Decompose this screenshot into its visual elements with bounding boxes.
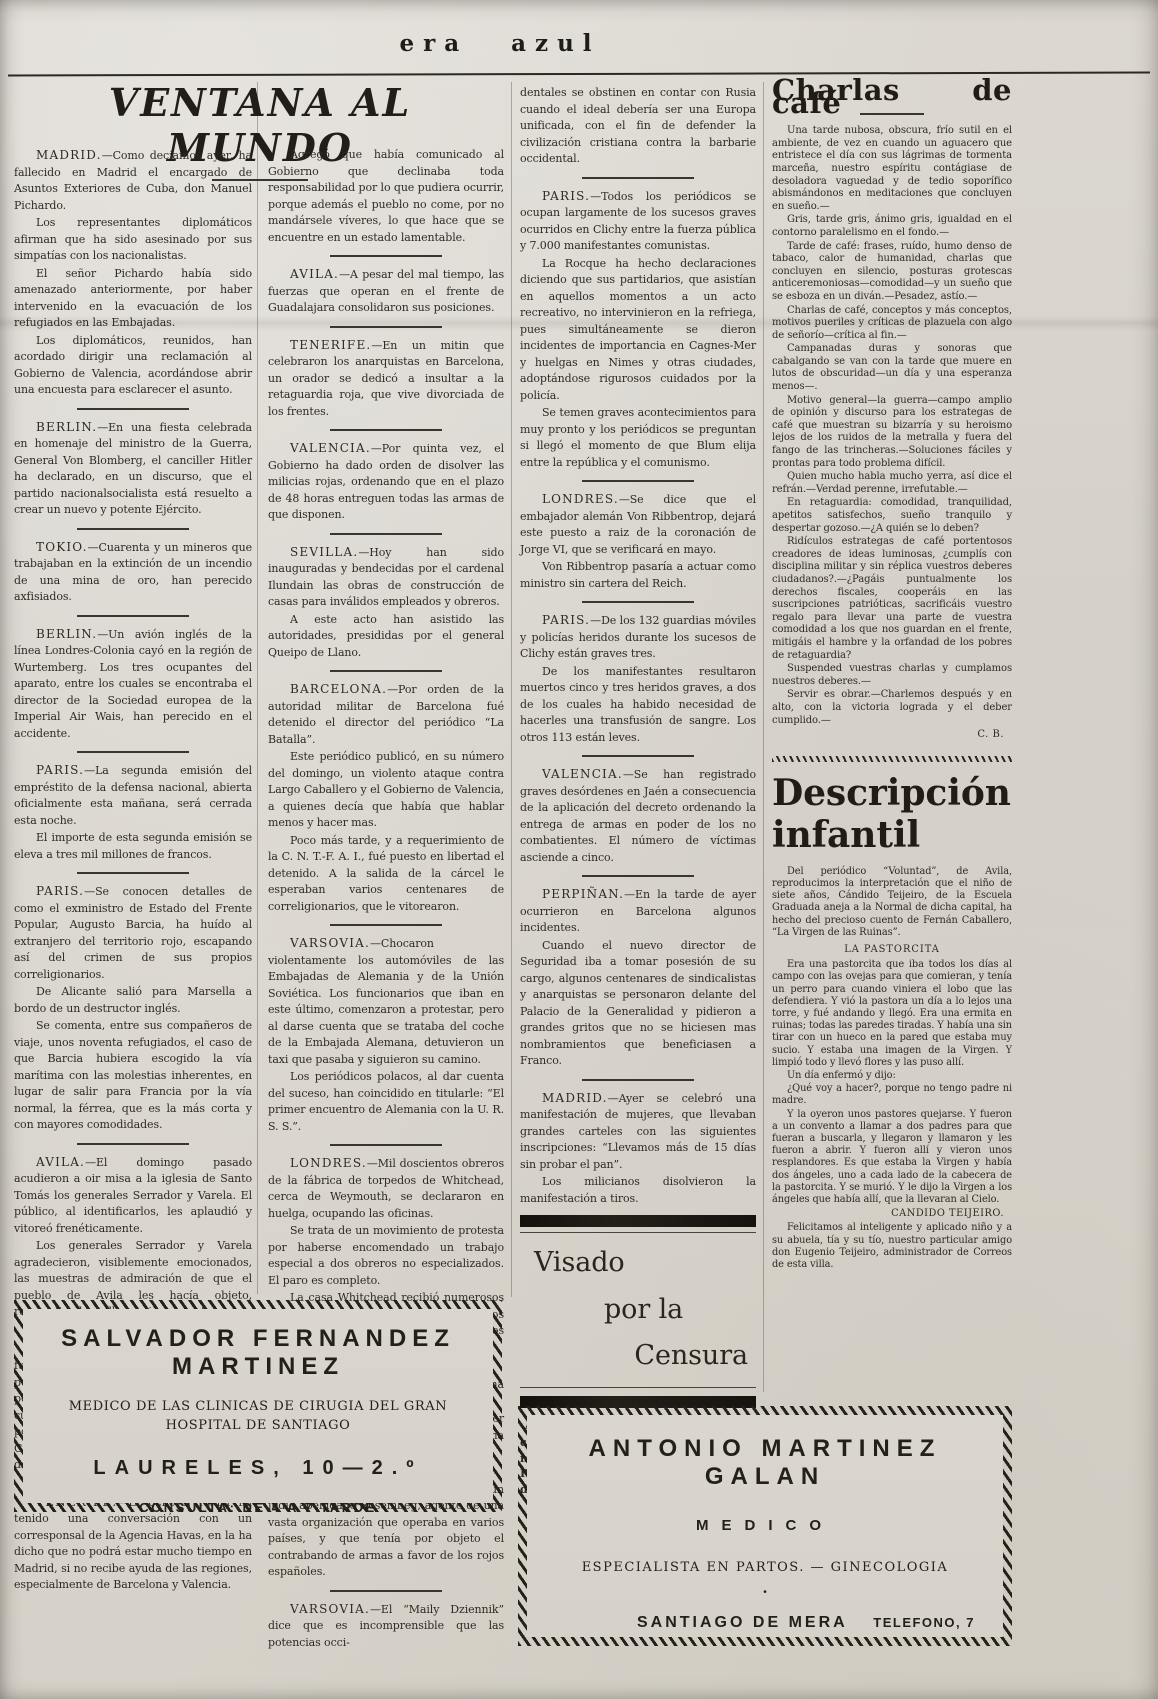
dateline: AVILA. — [36, 1155, 85, 1169]
dateline: VALENCIA. — [290, 441, 371, 455]
news-paragraph: PARIS.—Se conocen detalles de como el ex… — [14, 883, 252, 983]
news-paragraph: La Rocque ha hecho declaraciones diciend… — [520, 256, 756, 405]
news-paragraph: De los manifestantes resultaron muertos … — [520, 664, 756, 747]
news-column-3: dentales se obstinen en contar con Rusia… — [520, 84, 756, 1508]
news-paragraph: Servir es obrar.—Charlemos después y en … — [772, 689, 1012, 727]
news-paragraph: PARIS.—La segunda emisión del empréstito… — [14, 762, 252, 829]
censorship-notice: Visado por la Censura — [520, 1215, 756, 1408]
item-separator — [582, 875, 694, 877]
item-separator — [330, 670, 442, 672]
section-title-descripcion: Descripcióninfantil — [772, 772, 1012, 856]
item-separator — [582, 1079, 694, 1081]
dateline: PERPIÑAN. — [542, 887, 624, 901]
news-paragraph: Quien mucho habla mucho yerra, así dice … — [772, 471, 1012, 496]
news-paragraph: VARSOVIA.—Chocaron violentamente los aut… — [268, 935, 504, 1068]
news-paragraph: Se temen graves acontecimientos para muy… — [520, 405, 756, 471]
news-paragraph: Los diplomáticos, reunidos, han acordado… — [14, 333, 252, 399]
news-paragraph: AVILA.—El domingo pasado acudieron a oir… — [14, 1154, 252, 1238]
charlas-body: Una tarde nubosa, obscura, frío sutil en… — [772, 125, 1012, 742]
section-subheading: LA PASTORCITA — [772, 944, 1012, 956]
news-paragraph: BERLIN.—Un avión inglés de la línea Lond… — [14, 626, 252, 743]
news-paragraph: BERLIN.—En una fiesta celebrada en homen… — [14, 419, 252, 519]
item-separator — [330, 533, 442, 535]
news-paragraph: SEVILLA.—Hoy han sido inauguradas y bend… — [268, 544, 504, 611]
charlas-underline — [860, 113, 924, 115]
dateline: VARSOVIA. — [290, 936, 370, 950]
censor-rule-bottom — [520, 1387, 756, 1388]
descripcion-section: Descripcióninfantil Del periódico “Volun… — [772, 772, 1012, 1272]
news-paragraph: dentales se obstinen en contar con Rusia… — [520, 85, 756, 168]
descripcion-body: Del periódico “Voluntad”, de Avila, repr… — [772, 866, 1012, 1272]
right-column: Charlas de café Una tarde nubosa, obscur… — [772, 84, 1012, 1272]
news-paragraph: Tarde de café: frases, ruído, humo denso… — [772, 241, 1012, 304]
dateline: PARIS. — [36, 763, 84, 777]
dateline: LONDRES. — [290, 1156, 367, 1170]
news-paragraph: VALENCIA.—Por quinta vez, el Gobierno ha… — [268, 440, 504, 524]
news-paragraph: MADRID.—Como decíamos ayer, ha fallecido… — [14, 147, 252, 214]
news-paragraph: Y la oyeron unos pastores quejarse. Y fu… — [772, 1109, 1012, 1207]
news-paragraph: Campanadas duras y sonoras que cabalgand… — [772, 343, 1012, 393]
ad-right-location: SANTIAGO DE MERA — [637, 1614, 848, 1632]
news-paragraph: ¿Qué voy a hacer?, porque no tengo padre… — [772, 1083, 1012, 1107]
item-separator — [77, 528, 189, 530]
news-paragraph: De Alicante salió para Marsella a bordo … — [14, 984, 252, 1017]
news-paragraph: Un día enfermó y dijo: — [772, 1070, 1012, 1082]
news-paragraph: PERPIÑAN.—En la tarde de ayer ocurrieron… — [520, 886, 756, 937]
dateline: AVILA. — [290, 267, 339, 281]
dateline: LONDRES. — [542, 492, 619, 506]
news-paragraph: Era una pastorcita que iba todos los día… — [772, 959, 1012, 1069]
news-column-3-items: dentales se obstinen en contar con Rusia… — [520, 85, 756, 1207]
news-paragraph: MADRID.—Ayer se celebró una manifestació… — [520, 1090, 756, 1174]
dateline: SEVILLA. — [290, 545, 358, 559]
news-paragraph: Ridículos estrategas de café portentosos… — [772, 536, 1012, 662]
masthead-title: era azul — [360, 30, 640, 57]
item-separator — [582, 601, 694, 603]
news-paragraph: Poco más tarde, y a requerimiento de la … — [268, 833, 504, 916]
news-paragraph: TOKIO.—Cuarenta y un mineros que trabaja… — [14, 539, 252, 606]
news-paragraph: Agregó que había comunicado al Gobierno … — [268, 147, 504, 246]
news-paragraph: Los milicianos disolvieron la manifestac… — [520, 1174, 756, 1207]
item-separator — [77, 1143, 189, 1145]
ad-right-bottom-row: SANTIAGO DE MERA TELEFONO, 7 — [637, 1614, 975, 1632]
ad-right-profession: MEDICO — [527, 1517, 1003, 1534]
ad-left-hours: CONSULTA: DE 4 A 7 TARDE — [23, 1500, 493, 1515]
ad-antonio-martinez: ANTONIO MARTINEZ GALAN MEDICO ESPECIALIS… — [518, 1406, 1012, 1646]
censor-bar-top — [520, 1215, 756, 1227]
item-separator — [330, 1144, 442, 1146]
column-rule-2 — [511, 82, 512, 1297]
ad-right-phone: TELEFONO, 7 — [873, 1615, 975, 1630]
signature: C. B. — [772, 729, 1004, 742]
item-separator — [582, 177, 694, 179]
news-paragraph: VALENCIA.—Se han registrado graves desór… — [520, 766, 756, 866]
dateline: MADRID. — [542, 1091, 608, 1105]
news-paragraph: VARSOVIA.—El “Maily Dziennik” dice que e… — [268, 1601, 504, 1652]
news-paragraph: TENERIFE.—En un mitin que celebraron los… — [268, 337, 504, 421]
visado-line-2: por la — [604, 1302, 756, 1319]
item-separator — [77, 408, 189, 410]
dateline: VARSOVIA. — [290, 1602, 370, 1616]
news-paragraph: A este acto han asistido las autoridades… — [268, 612, 504, 662]
dateline: PARIS. — [542, 613, 590, 627]
ad-salvador-fernandez: SALVADOR FERNANDEZ MARTINEZ MEDICO DE LA… — [14, 1300, 502, 1512]
item-separator — [330, 1590, 442, 1592]
charlas-section: Charlas de café Una tarde nubosa, obscur… — [772, 84, 1012, 742]
news-paragraph: El importe de esta segunda emisión se el… — [14, 830, 252, 863]
news-paragraph: En retaguardia: comodidad, tranquilidad,… — [772, 497, 1012, 535]
news-paragraph: Charlas de café, conceptos y más concept… — [772, 305, 1012, 343]
descripcion-title-line2: infantil — [772, 814, 920, 856]
news-paragraph: Del periódico “Voluntad”, de Avila, repr… — [772, 866, 1012, 939]
news-paragraph: AVILA.—A pesar del mal tiempo, las fuerz… — [268, 266, 504, 317]
news-paragraph: LONDRES.—Se dice que el embajador alemán… — [520, 491, 756, 558]
item-separator — [77, 872, 189, 874]
dateline: BARCELONA. — [290, 682, 387, 696]
ad-left-inner: SALVADOR FERNANDEZ MARTINEZ MEDICO DE LA… — [23, 1309, 493, 1503]
news-paragraph: BARCELONA.—Por orden de la autoridad mil… — [268, 681, 504, 748]
news-paragraph: Este periódico publicó, en su número del… — [268, 749, 504, 832]
dateline: BERLIN. — [36, 420, 97, 434]
ad-right-inner: ANTONIO MARTINEZ GALAN MEDICO ESPECIALIS… — [527, 1415, 1003, 1637]
column-rule-1 — [257, 82, 258, 1294]
news-paragraph: Suspended vuestras charlas y cumplamos n… — [772, 663, 1012, 688]
news-paragraph: Felicitamos al inteligente y aplicado ni… — [772, 1222, 1012, 1271]
signature: CANDIDO TEIJEIRO. — [772, 1208, 1004, 1220]
news-paragraph: Los periódicos polacos, al dar cuenta de… — [268, 1069, 504, 1135]
descripcion-title-line1: Descripción — [772, 772, 1011, 814]
news-paragraph: PARIS.—De los 132 guardias móviles y pol… — [520, 612, 756, 663]
dateline: TENERIFE. — [290, 338, 371, 352]
squiggle-divider — [772, 756, 1012, 762]
ad-right-specialty: ESPECIALISTA EN PARTOS. — GINECOLOGIA — [527, 1560, 1003, 1575]
dateline: PARIS. — [36, 884, 84, 898]
news-paragraph: Una tarde nubosa, obscura, frío sutil en… — [772, 125, 1012, 213]
section-title-charlas: Charlas de café — [772, 84, 1012, 109]
news-paragraph: LONDRES.—Mil doscientos obreros de la fá… — [268, 1155, 504, 1222]
dateline: BERLIN. — [36, 627, 97, 641]
ad-left-address: LAURELES, 10—2.º — [23, 1457, 493, 1480]
news-paragraph: El señor Pichardo había sido amenazado a… — [14, 266, 252, 332]
newspaper-page: { "paper_color": "#d8d4cc", "ink_color":… — [0, 0, 1158, 1699]
item-separator — [582, 480, 694, 482]
news-paragraph: Se comenta, entre sus compañeros de viaj… — [14, 1018, 252, 1134]
news-paragraph: Von Ribbentrop pasaría a actuar como min… — [520, 559, 756, 592]
ad-right-dot: • — [527, 1587, 1003, 1598]
dateline: MADRID. — [36, 148, 102, 162]
news-paragraph: Cuando el nuevo director de Seguridad ib… — [520, 938, 756, 1070]
news-paragraph: Se trata de un movimiento de protesta po… — [268, 1223, 504, 1289]
item-separator — [330, 429, 442, 431]
news-paragraph: Motivo general—la guerra—campo amplio de… — [772, 395, 1012, 471]
item-separator — [330, 924, 442, 926]
censor-rule-top — [520, 1232, 756, 1233]
dateline: PARIS. — [542, 189, 590, 203]
dateline: TOKIO. — [36, 540, 88, 554]
visado-line-1: Visado — [534, 1255, 756, 1272]
news-paragraph: Los representantes diplomáticos afirman … — [14, 215, 252, 265]
item-separator — [582, 755, 694, 757]
ad-left-name: SALVADOR FERNANDEZ MARTINEZ — [23, 1309, 493, 1381]
ad-right-name: ANTONIO MARTINEZ GALAN — [527, 1415, 1003, 1491]
item-separator — [330, 326, 442, 328]
item-separator — [330, 255, 442, 257]
news-paragraph: Gris, tarde gris, ánimo gris, igualdad e… — [772, 214, 1012, 239]
ad-left-subtitle: MEDICO DE LAS CLINICAS DE CIRUGIA DEL GR… — [53, 1397, 463, 1435]
visado-line-3: Censura — [520, 1348, 748, 1365]
item-separator — [77, 751, 189, 753]
item-separator — [77, 615, 189, 617]
dateline: VALENCIA. — [542, 767, 623, 781]
column-rule-3 — [763, 82, 764, 1392]
news-paragraph: PARIS.—Todos los periódicos se ocupan la… — [520, 188, 756, 255]
